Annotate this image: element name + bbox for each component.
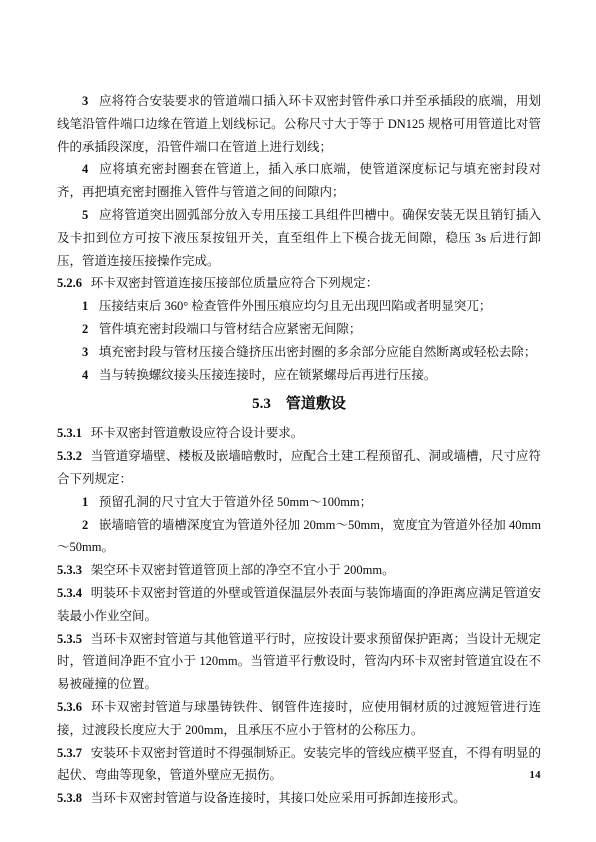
quality-item-4: 4当与转换螺纹接头压接连接时，应在锁紧螺母后再进行压接。 [57, 364, 541, 387]
item-text: 应将填充密封圈套在管道上，插入承口底端，使管道深度标记与填充密封段对齐，再把填充… [57, 162, 541, 199]
clause-5-3-4: 5.3.4明装环卡双密封管道的外壁或管道保温层外表面与装饰墙面的净距离应满足管道… [57, 582, 541, 628]
quality-item-3: 3填充密封段与管材压接合缝挤压出密封圈的多余部分应能自然断离或轻松去除； [57, 341, 541, 364]
item-text: 预留孔洞的尺寸宜大于管道外径 50mm～100mm； [99, 495, 372, 509]
clause-5-3-5: 5.3.5当环卡双密封管道与其他管道平行时，应按设计要求预留保护距离；当设计无规… [57, 628, 541, 696]
clause-5-2-6: 5.2.6环卡双密封管道连接压接部位质量应符合下列规定： [57, 272, 541, 295]
item-number: 2 [82, 518, 88, 532]
step-item-3: 3应将符合安装要求的管道端口插入环卡双密封管件承口并至承插段的底端，用划线笔沿管… [57, 90, 541, 158]
clause-5-3-2: 5.3.2当管道穿墙壁、楼板及嵌墙暗敷时，应配合土建工程预留孔、洞或墙槽，尺寸应… [57, 445, 541, 491]
section-number: 5.3 [252, 396, 271, 412]
clause-text: 架空环卡双密封管道管顶上部的净空不宜小于 200mm。 [91, 563, 395, 577]
step-item-4: 4应将填充密封圈套在管道上，插入承口底端，使管道深度标记与填充密封段对齐，再把填… [57, 158, 541, 204]
hole-item-2: 2嵌墙暗管的墙槽深度宜为管道外径加 20mm～50mm，宽度宜为管道外径加 40… [57, 514, 541, 560]
step-item-5: 5应将管道突出圆弧部分放入专用压接工具组件凹槽中。确保安装无误且销钉插入及卡扣到… [57, 204, 541, 272]
clause-number: 5.3.7 [57, 746, 82, 760]
quality-item-1: 1压接结束后 360° 检查管件外围压痕应均匀且无出现凹陷或者明显突兀； [57, 295, 541, 318]
section-title: 管道敷设 [286, 396, 346, 412]
clause-5-3-7: 5.3.7安装环卡双密封管道时不得强制矫正。安装完毕的管线应横平竖直，不得有明显… [57, 742, 541, 788]
clause-number: 5.3.1 [57, 426, 82, 440]
page-number: 14 [530, 770, 542, 781]
item-text: 压接结束后 360° 检查管件外围压痕应均匀且无出现凹陷或者明显突兀； [99, 299, 492, 313]
clause-5-3-3: 5.3.3架空环卡双密封管道管顶上部的净空不宜小于 200mm。 [57, 559, 541, 582]
clause-number: 5.3.8 [57, 791, 82, 805]
item-number: 3 [82, 94, 88, 108]
item-number: 2 [82, 322, 88, 336]
clause-text: 当环卡双密封管道与设备连接时，其接口处应采用可拆卸连接形式。 [91, 791, 466, 805]
clause-text: 安装环卡双密封管道时不得强制矫正。安装完毕的管线应横平竖直，不得有明显的起伏、弯… [57, 746, 541, 783]
item-text: 应将符合安装要求的管道端口插入环卡双密封管件承口并至承插段的底端，用划线笔沿管件… [57, 94, 541, 154]
clause-number: 5.3.5 [57, 632, 82, 646]
document-page: 3应将符合安装要求的管道端口插入环卡双密封管件承口并至承插段的底端，用划线笔沿管… [0, 0, 596, 842]
section-heading: 5.3管道敷设 [57, 393, 541, 416]
item-text: 填充密封段与管材压接合缝挤压出密封圈的多余部分应能自然断离或轻松去除； [99, 345, 537, 359]
clause-text: 当环卡双密封管道与其他管道平行时，应按设计要求预留保护距离；当设计无规定时，管道… [57, 632, 541, 692]
hole-item-1: 1预留孔洞的尺寸宜大于管道外径 50mm～100mm； [57, 491, 541, 514]
clause-number: 5.3.2 [57, 449, 82, 463]
clause-text: 当管道穿墙壁、楼板及嵌墙暗敷时，应配合土建工程预留孔、洞或墙槽，尺寸应符合下列规… [57, 449, 541, 486]
clause-5-3-1: 5.3.1环卡双密封管道敷设应符合设计要求。 [57, 422, 541, 445]
clause-5-3-6: 5.3.6环卡双密封管道与球墨铸铁件、钢管件连接时，应使用铜材质的过渡短管进行连… [57, 696, 541, 742]
clause-5-3-8: 5.3.8当环卡双密封管道与设备连接时，其接口处应采用可拆卸连接形式。 [57, 787, 541, 810]
clause-number: 5.3.6 [57, 700, 82, 714]
item-text: 当与转换螺纹接头压接连接时，应在锁紧螺母后再进行压接。 [99, 368, 437, 382]
item-number: 5 [82, 208, 88, 222]
clause-number: 5.2.6 [57, 276, 82, 290]
item-number: 1 [82, 495, 88, 509]
page-content: 3应将符合安装要求的管道端口插入环卡双密封管件承口并至承插段的底端，用划线笔沿管… [57, 90, 541, 810]
clause-text: 明装环卡双密封管道的外壁或管道保温层外表面与装饰墙面的净距离应满足管道安装最小作… [57, 586, 541, 623]
clause-number: 5.3.4 [57, 586, 82, 600]
item-text: 管件填充密封段端口与管材结合应紧密无间隙； [99, 322, 362, 336]
item-number: 3 [82, 345, 88, 359]
item-number: 4 [82, 162, 88, 176]
quality-item-2: 2管件填充密封段端口与管材结合应紧密无间隙； [57, 318, 541, 341]
clause-text: 环卡双密封管道与球墨铸铁件、钢管件连接时，应使用铜材质的过渡短管进行连接，过渡段… [57, 700, 541, 737]
clause-text: 环卡双密封管道连接压接部位质量应符合下列规定： [91, 276, 379, 290]
clause-text: 环卡双密封管道敷设应符合设计要求。 [91, 426, 304, 440]
clause-number: 5.3.3 [57, 563, 82, 577]
item-number: 1 [82, 299, 88, 313]
item-number: 4 [82, 368, 88, 382]
item-text: 应将管道突出圆弧部分放入专用压接工具组件凹槽中。确保安装无误且销钉插入及卡扣到位… [57, 208, 541, 268]
item-text: 嵌墙暗管的墙槽深度宜为管道外径加 20mm～50mm，宽度宜为管道外径加 40m… [57, 518, 541, 555]
